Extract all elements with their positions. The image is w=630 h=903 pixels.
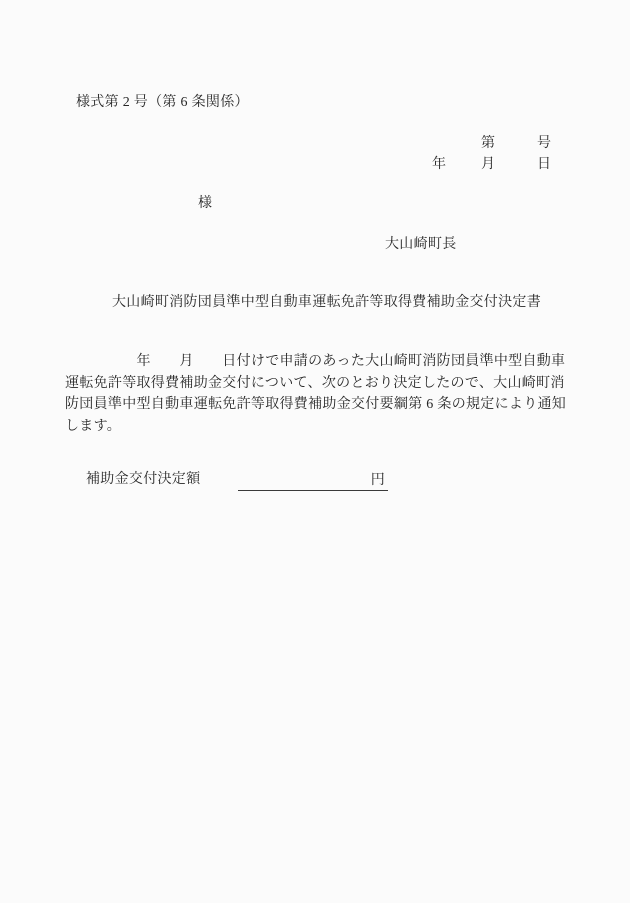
doc-number-prefix-label: 第 (481, 136, 495, 152)
body-line: 年 月 日付けで申請のあった大山崎町消防団員準中型自動車 (65, 351, 573, 373)
date-month-label: 月 (481, 157, 495, 173)
body-paragraph: 年 月 日付けで申請のあった大山崎町消防団員準中型自動車 運転免許等取得費補助金… (65, 351, 573, 437)
date-year-label: 年 (432, 157, 446, 173)
amount-label: 補助金交付決定額 (86, 472, 200, 488)
document-title: 大山崎町消防団員準中型自動車運転免許等取得費補助金交付決定書 (112, 295, 541, 311)
amount-unit-label: 円 (371, 473, 385, 488)
body-line: します。 (65, 416, 573, 438)
amount-blank-underline: 円 (238, 472, 388, 491)
body-line: 運転免許等取得費補助金交付について、次のとおり決定したので、大山崎町消 (65, 373, 573, 395)
sender-title: 大山崎町長 (385, 237, 457, 253)
date-day-label: 日 (537, 157, 551, 173)
doc-number-suffix-label: 号 (537, 136, 551, 152)
document-page: 様式第 2 号（第 6 条関係） 第 号 年 月 日 様 大山崎町長 大山崎町消… (0, 0, 630, 903)
addressee-honorific: 様 (198, 196, 212, 212)
form-number: 様式第 2 号（第 6 条関係） (76, 95, 249, 111)
body-line: 防団員準中型自動車運転免許等取得費補助金交付要綱第 6 条の規定により通知 (65, 394, 573, 416)
